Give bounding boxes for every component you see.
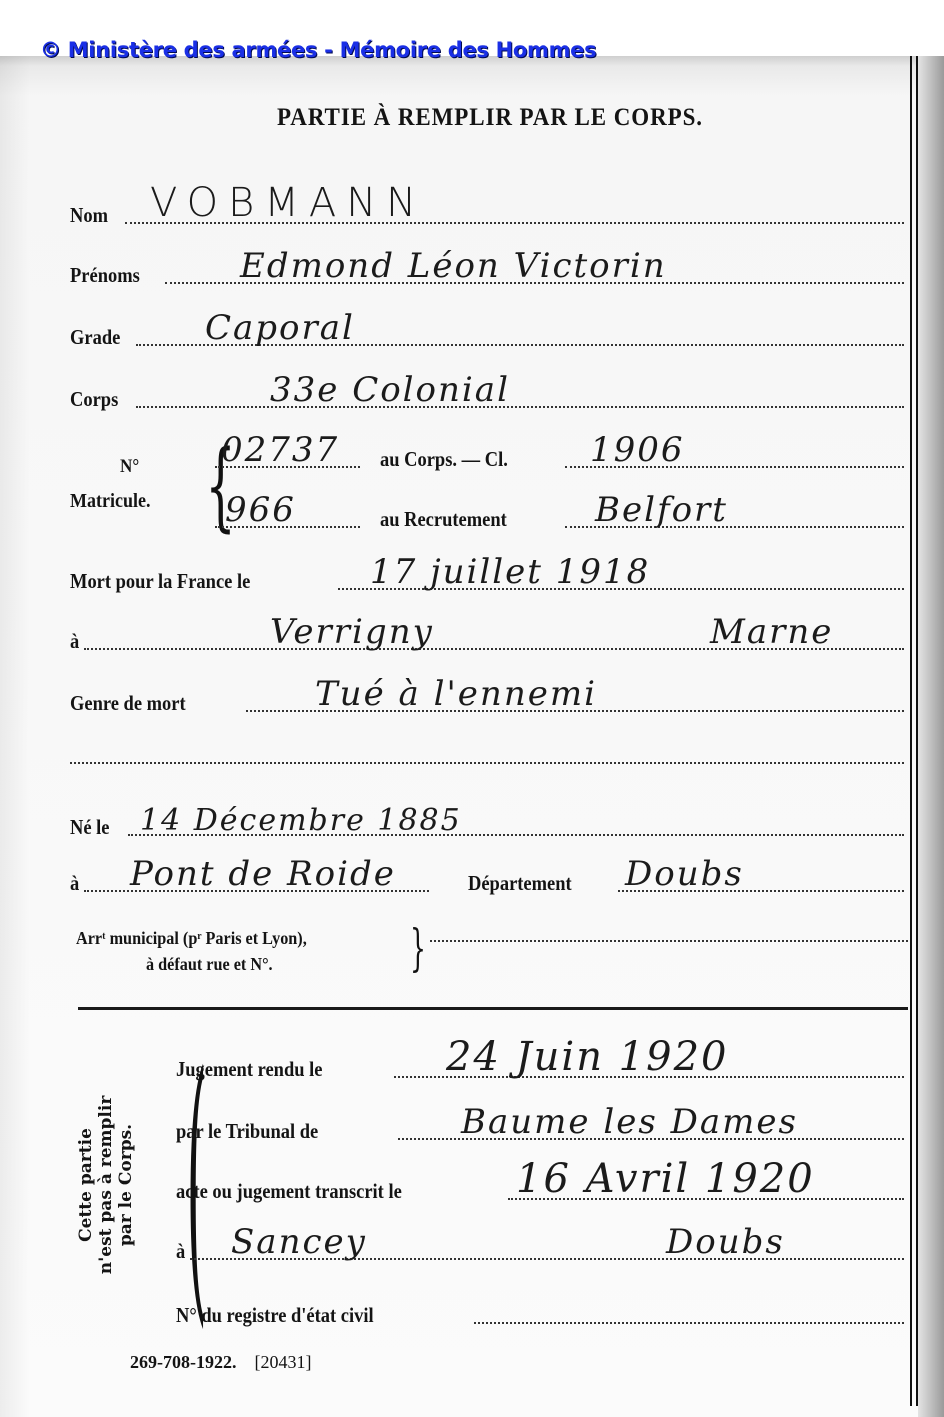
field-value: Tué à l'ennemi: [315, 674, 597, 714]
field-label: à: [70, 871, 79, 896]
fill-line: [430, 940, 908, 942]
side-note-line: Cette partie: [76, 1080, 96, 1290]
field-prenoms: Prénoms Edmond Léon Victorin: [70, 256, 904, 288]
fill-line: [136, 406, 904, 408]
section-divider: [78, 1007, 908, 1010]
classe-value: 1906: [590, 430, 685, 470]
field-mort: Mort pour la France le 17 juillet 1918: [70, 562, 904, 594]
field-label: Jugement rendu le: [176, 1057, 322, 1082]
arr-label-1: Arrᵗ municipal (pʳ Paris et Lyon),: [76, 928, 307, 949]
field-ne-lieu: à Pont de Roide Département Doubs: [70, 864, 904, 896]
field-tribunal: par le Tribunal de Baume les Dames: [176, 1112, 904, 1144]
field-label: Genre de mort: [70, 691, 186, 716]
print-code: 269-708-1922.: [130, 1352, 237, 1372]
field-value: Sancey: [231, 1222, 367, 1262]
recrutement-value: Belfort: [595, 490, 728, 530]
field-jugement-rendu: Jugement rendu le 24 Juin 1920: [176, 1050, 904, 1082]
field-genre-mort: Genre de mort Tué à l'ennemi: [70, 684, 904, 716]
field-label: Prénoms: [70, 263, 140, 288]
arr-label-2: à défaut rue et N°.: [146, 954, 273, 975]
field-transcrit: acte ou jugement transcrit le 16 Avril 1…: [176, 1172, 904, 1204]
field-departement: Doubs: [666, 1222, 785, 1262]
matricule-recrutement-row: 966 au Recrutement Belfort: [215, 500, 904, 532]
field-registre: N° du registre d'état civil: [176, 1296, 904, 1328]
field-label: Corps: [70, 387, 118, 412]
side-note-line: par le Corps.: [116, 1080, 136, 1290]
matricule-corps-number: 02737: [221, 430, 339, 470]
print-ref: [20431]: [255, 1352, 312, 1372]
departement-label: Département: [468, 871, 572, 896]
field-label: par le Tribunal de: [176, 1119, 318, 1144]
field-corps: Corps 33e Colonial: [70, 380, 904, 412]
field-value: 33e Colonial: [270, 370, 510, 410]
field-value: Verrigny: [270, 612, 434, 652]
field-value: Edmond Léon Victorin: [240, 246, 667, 286]
recrutement-label: au Recrutement: [380, 507, 507, 532]
field-value: Pont de Roide: [130, 854, 396, 894]
blank-line: [70, 736, 904, 768]
form-heading: PARTIE À REMPLIR PAR LE CORPS.: [39, 104, 941, 132]
field-label: à: [70, 629, 79, 654]
matricule-recrutement-number: 966: [225, 490, 296, 530]
field-label: Grade: [70, 325, 120, 350]
field-transcrit-lieu: à Sancey Doubs: [176, 1232, 904, 1264]
field-ne-le: Né le 14 Décembre 1885: [70, 808, 904, 840]
print-footer: 269-708-1922. [20431]: [130, 1352, 312, 1373]
field-label: Mort pour la France le: [70, 569, 250, 594]
field-label: Nom: [70, 203, 108, 228]
matricule-label-no: N°: [120, 456, 139, 478]
field-grade: Grade Caporal: [70, 318, 904, 350]
margin-rule: [916, 56, 918, 1406]
field-label: à: [176, 1239, 185, 1264]
side-note-line: n'est pas à remplir: [96, 1080, 116, 1290]
field-label: N° du registre d'état civil: [176, 1303, 374, 1328]
matricule-corps-row: 02737 au Corps. — Cl. 1906: [215, 440, 904, 472]
page-edge-shadow: [918, 56, 944, 1417]
field-value: 17 juillet 1918: [370, 552, 650, 592]
field-value: 24 Juin 1920: [446, 1034, 728, 1080]
side-note: Cette partie n'est pas à remplir par le …: [76, 1080, 136, 1290]
matricule-label: Matricule.: [70, 490, 150, 513]
field-value: Caporal: [205, 308, 355, 348]
fill-line: [474, 1322, 904, 1324]
departement-value: Doubs: [625, 854, 744, 894]
copyright-watermark: © Ministère des armées - Mémoire des Hom…: [40, 38, 596, 62]
field-label: Né le: [70, 815, 110, 840]
field-label: acte ou jugement transcrit le: [176, 1179, 402, 1204]
field-value: 14 Décembre 1885: [140, 803, 462, 838]
field-mort-lieu: à Verrigny Marne: [70, 622, 904, 654]
brace: }: [410, 920, 426, 976]
margin-rule: [910, 56, 912, 1406]
field-nom: Nom VOBMANN: [70, 196, 904, 228]
fill-line: [70, 762, 904, 764]
field-value: Baume les Dames: [461, 1102, 798, 1142]
field-value: VOBMANN: [150, 180, 426, 226]
field-departement: Marne: [710, 612, 833, 652]
field-value: 16 Avril 1920: [516, 1156, 815, 1202]
matricule-corps-label: au Corps. — Cl.: [380, 447, 508, 472]
